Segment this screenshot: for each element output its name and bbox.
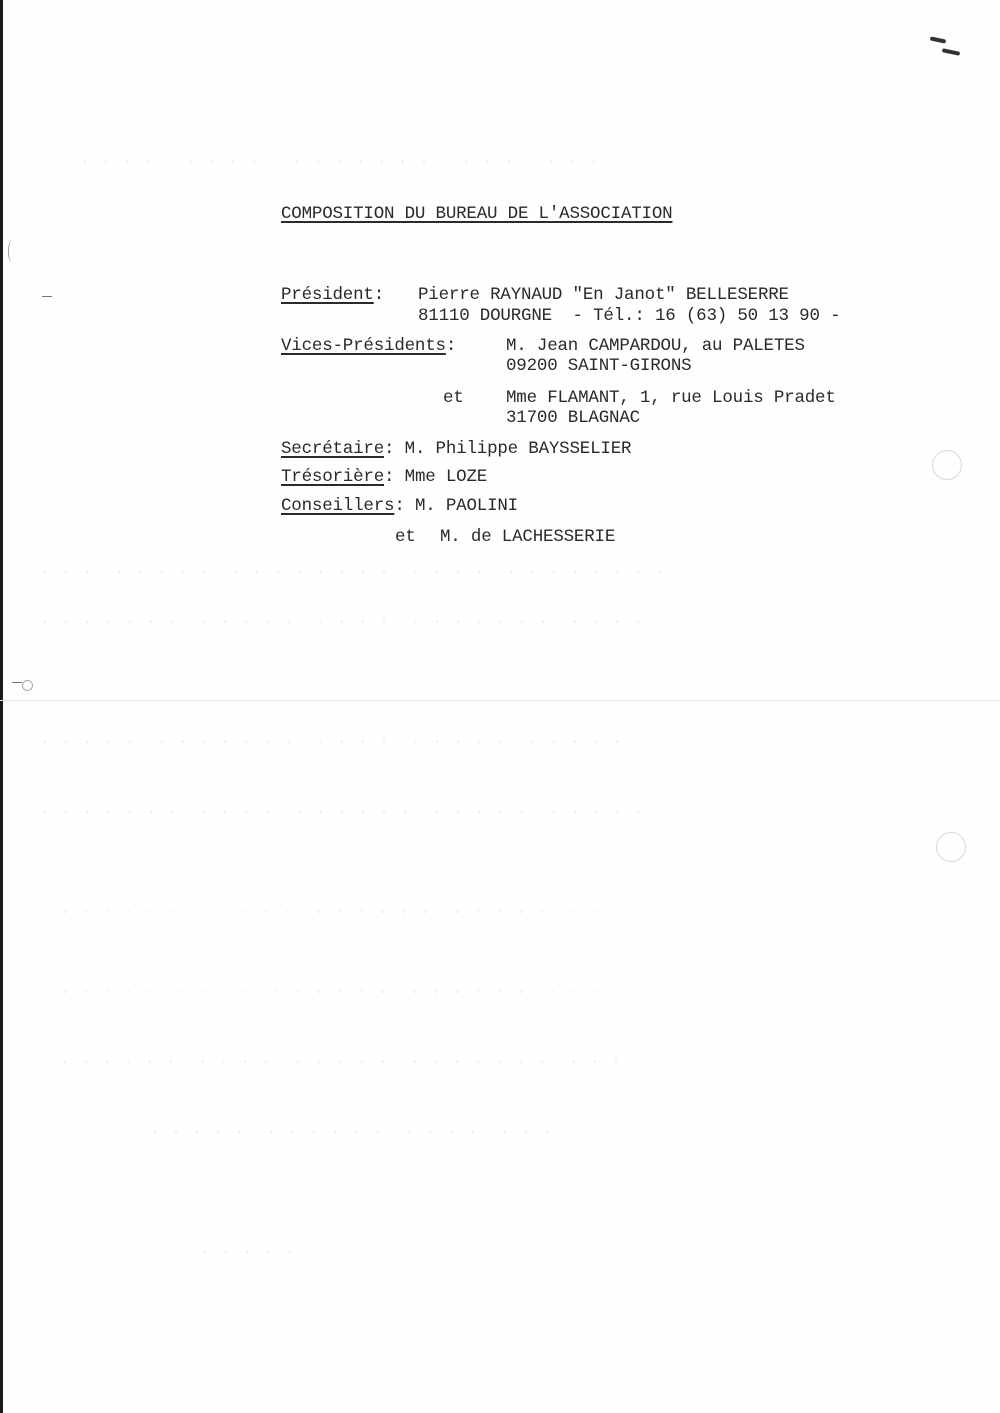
vice-president-2-name: Mme FLAMANT, 1, rue Louis Pradet [506,388,836,408]
show-through-text: . . . . . . . . . . . . . . . . . . . . … [80,150,599,168]
show-through-text: . . . . . . . . . . . . . . . . . . . . … [60,1050,622,1068]
show-through-text: . . . . . . . . . . . . . . . . . . . . … [40,610,644,628]
staple-mark [930,36,946,43]
margin-mark [8,240,15,262]
treasurer-label: Trésorière [281,467,384,487]
advisor-2-name: M. de LACHESSERIE [440,527,615,547]
president-row: Président: [281,285,384,305]
secretary-row: Secrétaire: M. Philippe BAYSSELIER [281,439,631,459]
secretary-name: M. Philippe BAYSSELIER [405,439,632,459]
punch-hole [932,450,962,480]
label-separator: : [384,467,394,487]
margin-mark [12,682,22,683]
label-separator: : [394,496,404,516]
vice-president-1-city: 09200 SAINT-GIRONS [506,356,691,376]
treasurer-row: Trésorière: Mme LOZE [281,467,487,487]
punch-hole [22,680,33,691]
scanned-page: . . . . . . . . . . . . . . . . . . . . … [0,0,1000,1413]
vice-presidents-connector: et [443,388,464,408]
show-through-text: . . . . . . . . . . . . . . . . . . . . … [60,980,622,998]
president-label: Président [281,285,374,305]
label-separator: : [446,336,456,356]
advisors-label: Conseillers [281,496,394,516]
margin-mark [42,296,52,297]
document-title: COMPOSITION DU BUREAU DE L'ASSOCIATION [281,204,672,224]
show-through-text: . . . . . . . . . . . . . . . . . . [150,1120,553,1138]
staple-mark [942,48,960,56]
show-through-text: . . . . . . . . . . . . . . . . . . . . … [40,560,666,578]
label-separator: : [374,285,384,305]
show-through-text: . . . . . . . . . . . . . . . . . . . . … [40,730,623,748]
advisors-connector: et [395,527,416,547]
label-separator: : [384,439,394,459]
advisor-1-name: M. PAOLINI [415,496,518,516]
paper-fold-line [0,700,1000,701]
vice-president-1-name: M. Jean CAMPARDOU, au PALETES [506,336,805,356]
advisors-row: Conseillers: M. PAOLINI [281,496,518,516]
punch-hole [936,832,966,862]
secretary-label: Secrétaire [281,439,384,459]
vice-presidents-row: Vices-Présidents: [281,336,456,356]
show-through-text: . . . . . . . . . . . . . . . . . . . . … [40,800,644,818]
show-through-text: . . . . . [200,1240,295,1258]
vice-presidents-label: Vices-Présidents [281,336,446,356]
scan-edge [0,0,3,1413]
vice-president-2-city: 31700 BLAGNAC [506,408,640,428]
show-through-text: . . . . . . . . . . . . . . . . . . . . … [60,900,622,918]
president-name-address: Pierre RAYNAUD "En Janot" BELLESERRE [418,285,789,305]
treasurer-name: Mme LOZE [405,467,487,487]
president-city-phone: 81110 DOURGNE - Tél.: 16 (63) 50 13 90 - [418,306,840,326]
